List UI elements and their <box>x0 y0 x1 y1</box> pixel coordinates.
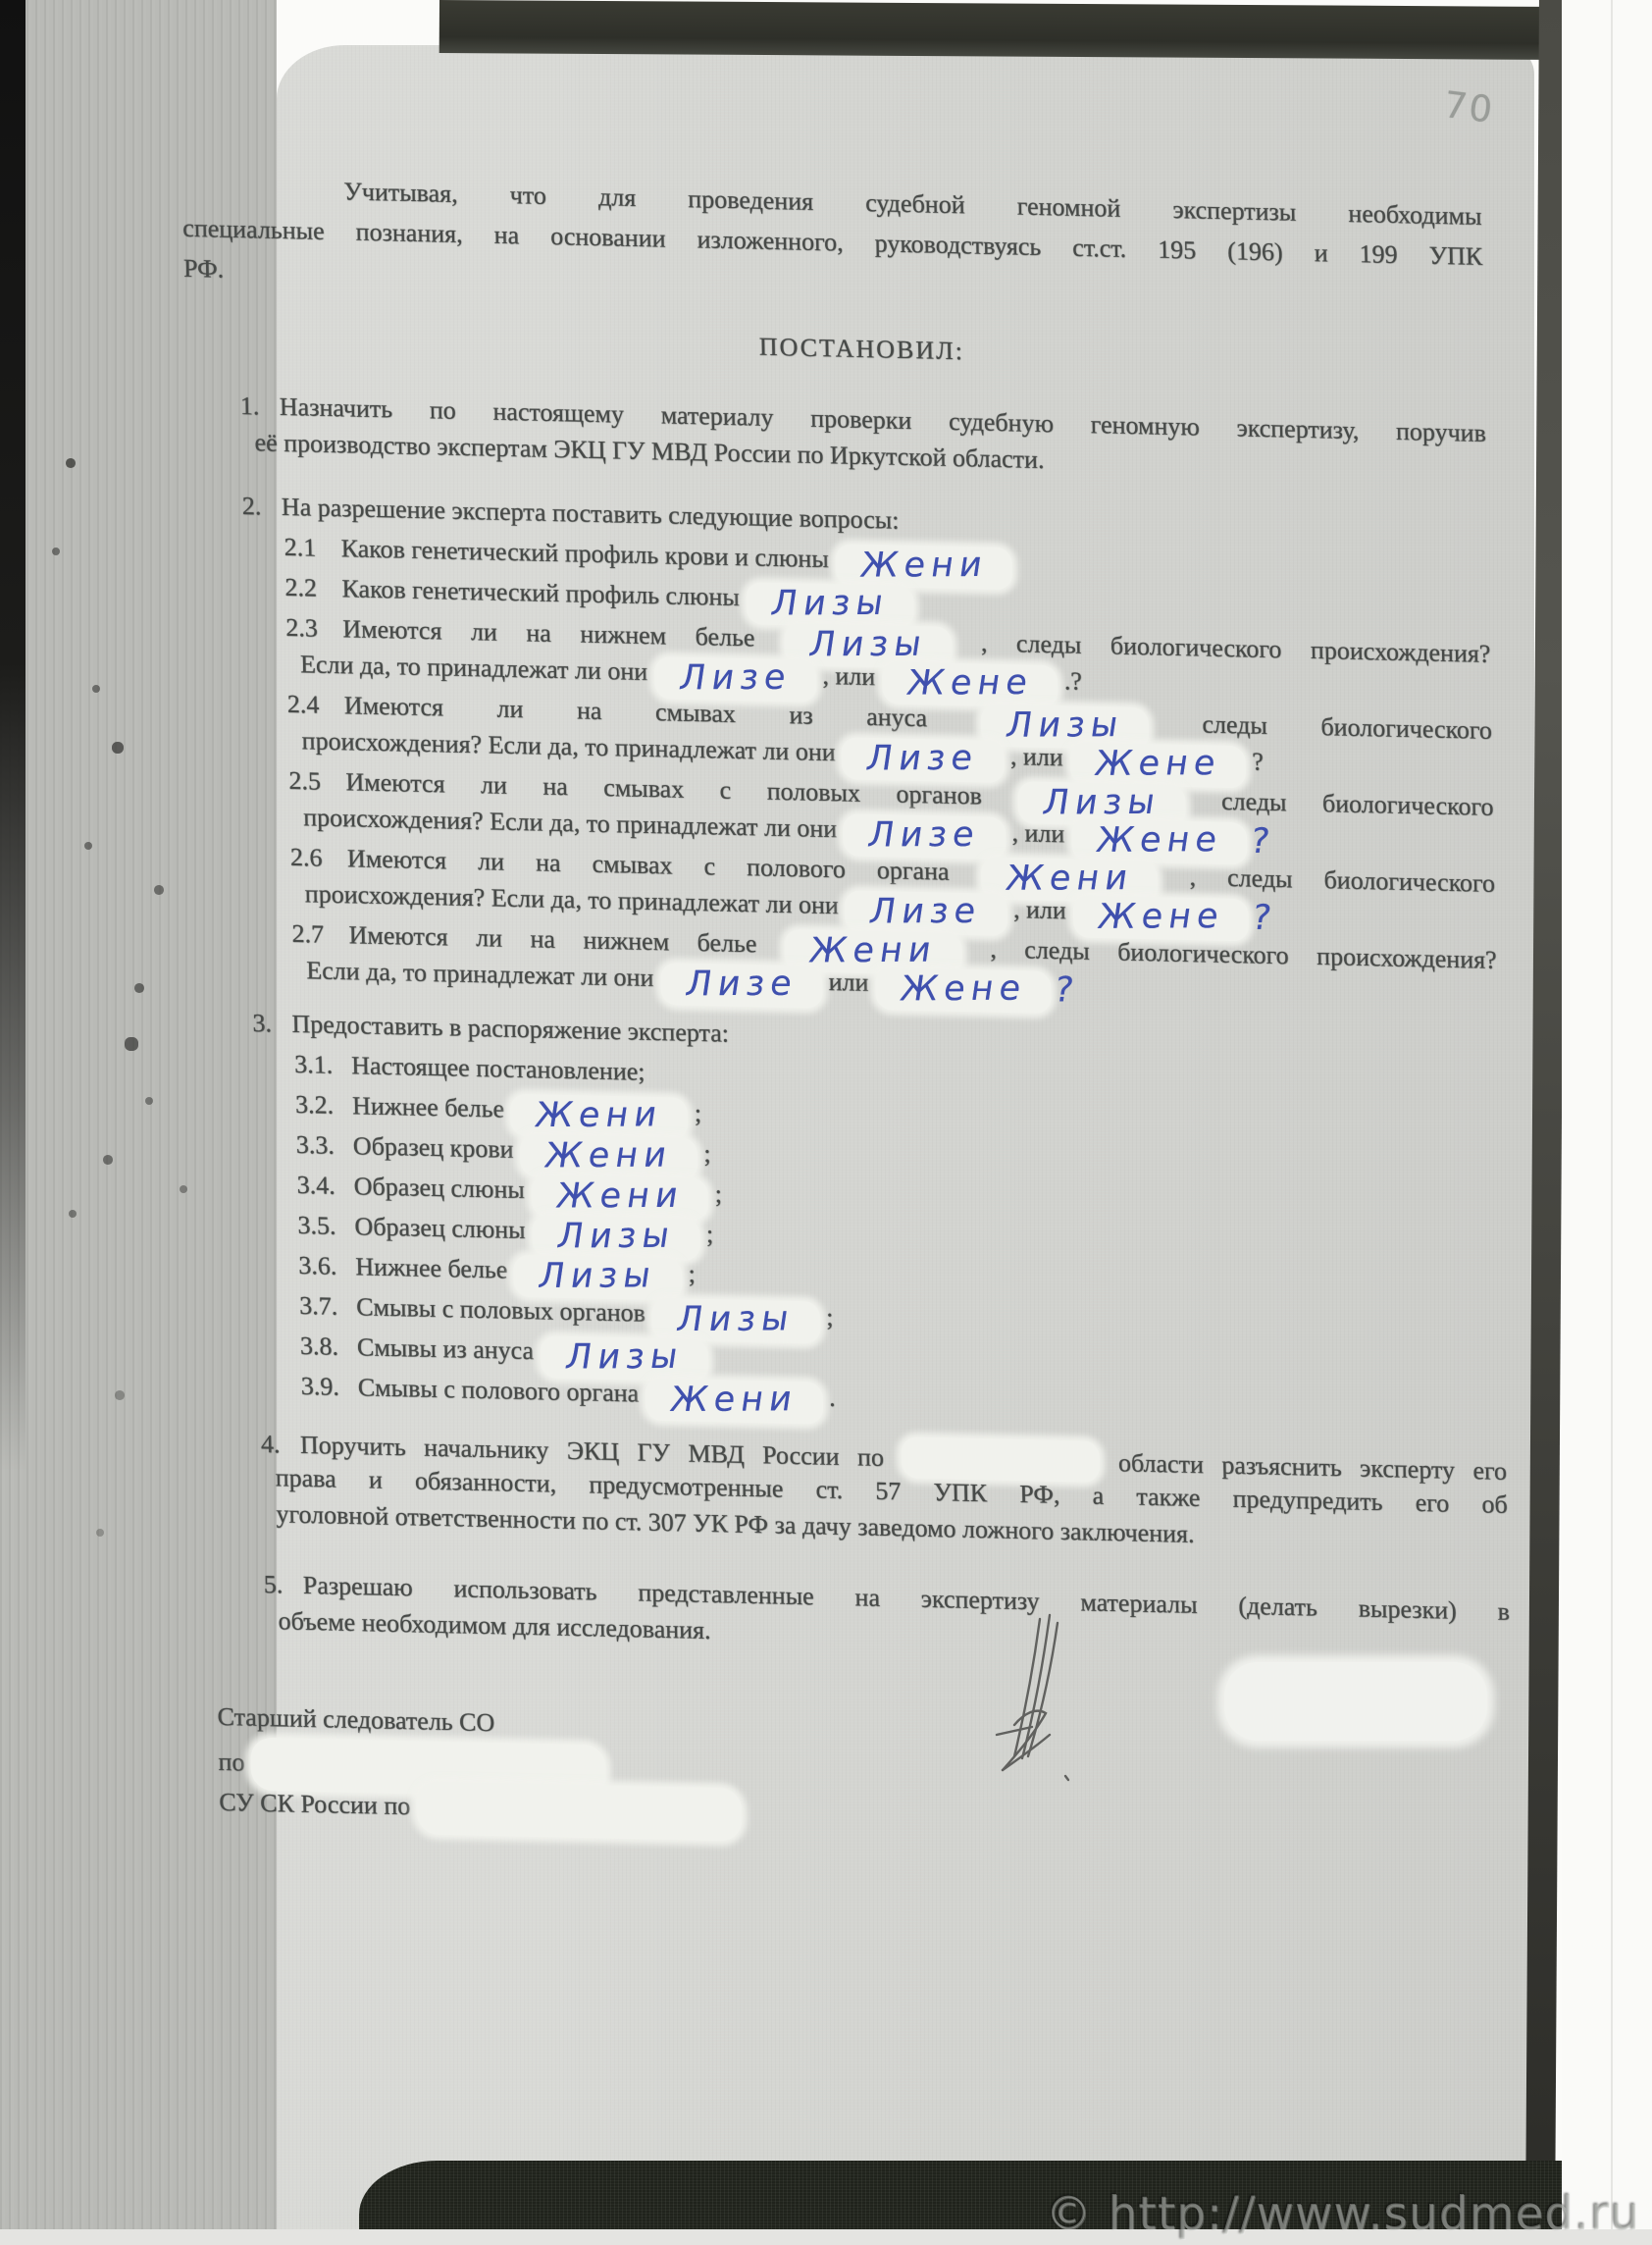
typed-text: или <box>822 967 875 997</box>
whiteout-patch: Жене <box>1069 742 1247 788</box>
handwritten-name: Лизе <box>868 815 981 856</box>
typed-text: Если да, то принадлежат ли они <box>300 650 654 686</box>
whiteout-patch: Жени <box>785 929 963 975</box>
handwritten-name: Лизе <box>679 658 792 699</box>
item-number: 1. <box>239 388 280 425</box>
handwritten-name: Лизы <box>1006 705 1124 746</box>
handwritten-name: Лизы <box>539 1256 657 1296</box>
typed-text: Смывы из ануса <box>357 1332 541 1365</box>
handwritten-name: Лизе <box>866 739 979 779</box>
typed-text: ; <box>708 1179 722 1208</box>
item-number: 3.9. <box>300 1368 358 1405</box>
whiteout-patch: Жени <box>980 857 1159 903</box>
scan-binding-shadow <box>0 0 26 1472</box>
typed-text: , следы биологического <box>1158 861 1495 898</box>
typed-text: Нижнее белье <box>352 1091 511 1123</box>
item-number: 2.7 <box>291 915 349 953</box>
handwritten-name: Жени <box>536 1095 664 1135</box>
item-body: 5.Разрешаю использовать представленные н… <box>263 1566 1510 1666</box>
whiteout-patch: Жене <box>881 661 1058 707</box>
typed-text: Имеются ли на нижнем белье <box>348 920 785 959</box>
typed-text: следы биологического <box>1149 708 1493 745</box>
item-body: 4.Поручить начальнику ЭКЦ ГУ МВД России … <box>261 1423 1509 1559</box>
item-number: 2.4 <box>287 686 345 723</box>
handwritten-name: Жене <box>906 663 1033 704</box>
item-body: 1.Назначить по настоящему материалу пров… <box>239 388 1486 488</box>
whiteout-patch: Жене <box>875 967 1053 1014</box>
item-number: 3.2. <box>295 1086 353 1123</box>
typed-text: Образец крови <box>353 1131 521 1164</box>
typed-text: Образец слюны <box>353 1172 531 1204</box>
whiteout-patch-blank <box>416 1781 743 1841</box>
whiteout-patch: Лизе <box>660 963 823 1009</box>
typed-text: Образец слюны <box>354 1212 532 1244</box>
whiteout-patch: Жени <box>510 1094 689 1140</box>
resolution-items: 1.Назначить по настоящему материалу пров… <box>239 388 1511 1666</box>
typed-text: по <box>218 1748 251 1777</box>
typed-text: . <box>822 1384 836 1412</box>
doc-item-4: 4.Поручить начальнику ЭКЦ ГУ МВД России … <box>261 1423 1509 1559</box>
document-content: Учитывая, что для проведения судебной ге… <box>235 169 1515 1846</box>
item-number: 3.1. <box>294 1046 352 1083</box>
typed-text: происхождения? Если да, то принадлежат л… <box>303 803 844 843</box>
watermark: © http://www.sudmed.ru <box>1045 2187 1640 2241</box>
handwritten-name: Жени <box>555 1176 684 1217</box>
typed-text: следы биологического <box>1185 786 1493 821</box>
handwritten-name: Жени <box>859 546 988 586</box>
item-number: 4. <box>261 1426 301 1463</box>
doc-item-5: 5.Разрешаю использовать представленные н… <box>263 1566 1510 1666</box>
typed-text: Смывы с полового органа <box>358 1373 645 1407</box>
handwritten-name: Лизы <box>771 584 890 624</box>
handwritten-name: Лизе <box>685 965 798 1005</box>
scan-left-margin <box>0 0 277 2245</box>
handwritten-name: Лизы <box>677 1299 796 1339</box>
handwritten-name: Лизы <box>1042 783 1161 823</box>
typed-text: ? <box>1246 747 1265 775</box>
typed-text: ; <box>682 1260 696 1288</box>
typed-text: Старший следователь СО <box>217 1702 494 1737</box>
signature-scribble <box>963 1609 1110 1805</box>
item-number: 3.7. <box>299 1287 357 1325</box>
typed-text: Каков генетический профиль крови и слюны <box>340 534 835 573</box>
resolution-heading: ПОСТАНОВИЛ: <box>238 317 1485 381</box>
page-number: 70 <box>1442 83 1497 131</box>
handwritten-name: Лизы <box>556 1217 675 1257</box>
scan-edge-top <box>439 0 1568 60</box>
handwritten-name: Жени <box>544 1136 673 1176</box>
doc-item-1: 1.Назначить по настоящему материалу пров… <box>239 388 1486 488</box>
item-number: 2.3 <box>285 609 343 647</box>
typed-text: СУ СК России по <box>219 1788 417 1820</box>
typed-text: , или <box>816 661 882 691</box>
item-number: 3.3. <box>296 1126 354 1164</box>
scan-noise-speckles <box>0 0 4 4</box>
typed-text: Каков генетический профиль слюны <box>341 574 746 611</box>
typed-text: происхождения? Если да, то принадлежат л… <box>304 879 845 919</box>
typed-text: ; <box>688 1099 701 1127</box>
handwritten-name: Лизы <box>808 625 927 665</box>
scanner-bed-right <box>1562 0 1652 2245</box>
item-number: 2.5 <box>288 762 346 800</box>
typed-text: объеме необходимом для исследования. <box>278 1606 710 1645</box>
typed-text: Если да, то принадлежат ли они <box>306 956 660 992</box>
item-number: 2. <box>242 488 283 525</box>
scanned-document: 70 Учитывая, что для проведения судебной… <box>0 0 1652 2245</box>
item-number: 2.2 <box>284 569 342 606</box>
item-number: 3.8. <box>300 1328 358 1365</box>
handwritten-name: Жени <box>809 931 938 971</box>
item-number: 3.5. <box>297 1207 355 1244</box>
handwritten-name: Лизе <box>869 892 982 932</box>
typed-text: ; <box>819 1303 833 1331</box>
typed-text: ; <box>699 1220 713 1248</box>
handwritten-question-mark: ? <box>1247 824 1280 861</box>
whiteout-patch-footer-right <box>1224 1662 1487 1741</box>
handwritten-name: Жене <box>1096 820 1222 861</box>
handwritten-name: Жени <box>1006 859 1134 899</box>
item-number: 3.6. <box>298 1247 356 1284</box>
handwritten-name: Жене <box>1097 897 1223 937</box>
typed-text: РФ. <box>183 254 225 284</box>
typed-text: На разрешение эксперта поставить следующ… <box>282 493 900 535</box>
typed-text: Имеются ли на нижнем белье <box>342 614 784 653</box>
handwritten-question-mark: ? <box>1051 972 1084 1009</box>
item-number: 5. <box>263 1566 303 1603</box>
typed-text: , или <box>1006 818 1071 848</box>
handwritten-name: Жене <box>900 969 1026 1010</box>
item-number: 2.6 <box>290 839 348 876</box>
typed-text: , или <box>1004 742 1069 771</box>
scanner-bed-line <box>1611 0 1613 2245</box>
typed-text: .? <box>1058 666 1082 696</box>
whiteout-patch: Жени <box>645 1379 823 1425</box>
item-number: 2.1 <box>284 529 341 566</box>
typed-text: происхождения? Если да, то принадлежат л… <box>301 726 842 766</box>
whiteout-patch: Жене <box>1072 895 1250 941</box>
typed-text: Предоставить в распоряжение эксперта: <box>291 1010 729 1048</box>
typed-text: Нижнее белье <box>355 1252 514 1284</box>
whiteout-patch: Жени <box>520 1134 698 1180</box>
handwritten-name: Жени <box>670 1380 799 1420</box>
item-number: 3. <box>252 1005 292 1042</box>
typed-text: ; <box>697 1139 711 1168</box>
typed-text: Смывы с половых органов <box>356 1292 652 1328</box>
typed-text: Настоящее постановление; <box>351 1051 645 1086</box>
typed-text: , или <box>1007 895 1072 924</box>
whiteout-patch: Жени <box>531 1175 709 1221</box>
item-number: 3.4. <box>296 1167 354 1204</box>
handwritten-name: Жене <box>1094 744 1220 784</box>
handwritten-name: Лизы <box>565 1337 684 1378</box>
handwritten-question-mark: ? <box>1248 901 1281 937</box>
